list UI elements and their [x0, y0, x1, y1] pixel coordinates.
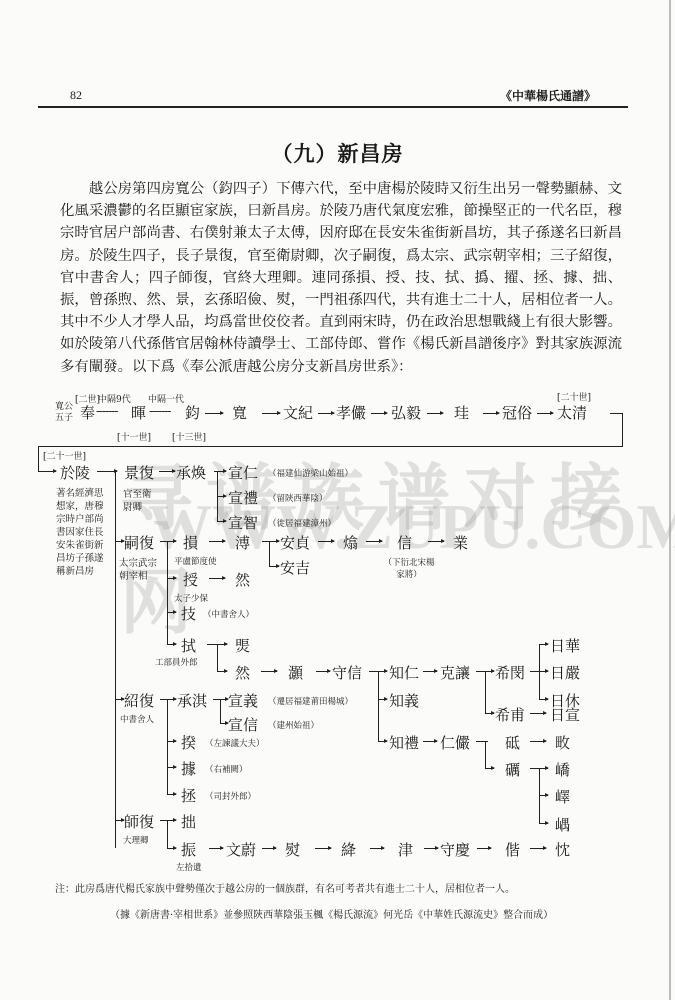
person-hao: 灝	[288, 662, 303, 683]
dashed-link-2: -------	[149, 404, 170, 418]
person-shaofu: 紹復	[124, 690, 154, 711]
person-ju: 據	[181, 758, 196, 779]
connector	[167, 699, 168, 794]
person-sifu: 嗣復	[124, 532, 154, 553]
section-title: （九）新昌房	[0, 138, 675, 168]
person-taiqing: 太清	[557, 402, 587, 423]
arrow	[477, 848, 491, 849]
arrow	[539, 795, 548, 796]
shifu-note: 大理卿	[123, 834, 149, 846]
arrow	[423, 741, 437, 742]
xuanli-note: （留陝西華陰）	[268, 492, 328, 504]
arrow	[378, 671, 387, 672]
person-zhili: 知禮	[389, 732, 419, 753]
person-xiaoyan: 孝儼	[336, 402, 366, 423]
arrow	[220, 723, 228, 724]
arrow	[167, 578, 176, 579]
page-number: 82	[70, 88, 82, 103]
gen-label-21: [二十一世]	[43, 449, 86, 462]
arrow	[537, 413, 553, 414]
arrow	[316, 671, 330, 672]
arrow	[530, 713, 546, 714]
person-ran-2: 然	[235, 662, 250, 683]
person-ximin: 希閔	[495, 662, 525, 683]
person-rihua: 日華	[550, 635, 580, 656]
arrow	[167, 794, 176, 795]
person-li: 礪	[505, 759, 520, 780]
arrow	[378, 699, 387, 700]
ju-note: （右補闕）	[205, 763, 248, 775]
arrow	[217, 521, 226, 522]
zhen-note: 左拾遺	[176, 861, 202, 873]
person-pu: 溥	[235, 532, 250, 553]
arrow	[217, 671, 227, 672]
arrow	[205, 413, 223, 414]
arrow	[167, 767, 176, 768]
person-jiong: 煚	[235, 635, 250, 656]
xin-note: （下衍北宋楊家將）	[383, 557, 435, 581]
arrow	[167, 541, 176, 542]
person-yu: 嵎	[555, 814, 570, 835]
arrow	[366, 541, 382, 542]
arrow	[315, 848, 331, 849]
connector	[622, 413, 623, 446]
arrow	[423, 671, 437, 672]
zheng-note: （司封外郎）	[205, 790, 256, 802]
person-kui: 揆	[181, 732, 196, 753]
arrow	[115, 541, 124, 542]
person-zhuo: 拙	[181, 811, 196, 832]
person-shifu: 師復	[124, 811, 154, 832]
arrow	[209, 848, 223, 849]
person-xin: 信	[397, 532, 412, 553]
person-shi: 拭	[181, 635, 196, 656]
arrow	[167, 848, 176, 849]
connector	[476, 741, 488, 742]
arrow	[220, 699, 228, 700]
person-yue: 熻	[343, 532, 358, 553]
person-jiang: 絳	[341, 839, 356, 860]
person-kuan: 寬	[232, 402, 247, 423]
trunk-line	[115, 471, 116, 848]
person-chenghuan: 承煥	[176, 462, 206, 483]
arrow	[427, 413, 443, 414]
person-zhiren: 知仁	[389, 662, 419, 683]
person-xuanzhi: 宣智	[228, 512, 258, 533]
person-xifu: 希甫	[495, 704, 525, 725]
shaofu-note: 中書舍人	[120, 713, 154, 725]
person-hui: 暉	[131, 402, 146, 423]
arrow	[167, 612, 176, 613]
arrow	[261, 671, 277, 672]
arrow	[428, 541, 444, 542]
xuanyi-note: （遷居福建莆田楊城）	[268, 695, 353, 707]
connector	[38, 446, 39, 472]
connector	[269, 541, 270, 566]
person-xuanli: 宣禮	[228, 487, 258, 508]
person-renyan: 仁儼	[440, 732, 470, 753]
connector	[167, 820, 168, 848]
person-wenji: 文紀	[283, 402, 313, 423]
arrow	[378, 741, 387, 742]
person-jingfu: 景復	[124, 462, 154, 483]
person-anzhen: 安貞	[280, 532, 310, 553]
person-shou: 授	[183, 569, 198, 590]
arrow	[371, 413, 387, 414]
arrow	[262, 848, 276, 849]
person-chengqi: 承淇	[177, 690, 207, 711]
arrow	[539, 671, 548, 672]
person-zhen: 振	[181, 839, 196, 860]
arrow	[167, 820, 176, 821]
arrow	[485, 713, 494, 714]
arrow	[217, 496, 226, 497]
ji-note: （中書舍人）	[203, 608, 254, 620]
person-yuling: 於陵	[60, 462, 90, 483]
xuanxin-note: （建州始祖）	[268, 719, 319, 731]
arrow	[539, 768, 548, 769]
arrow	[209, 578, 225, 579]
arrow	[97, 471, 117, 472]
jingfu-note: 官至衛尉卿	[123, 488, 159, 514]
person-di: 砥	[505, 732, 520, 753]
person-zheng: 拯	[181, 785, 196, 806]
person-riyan: 日嚴	[550, 662, 580, 683]
connector	[378, 671, 379, 741]
person-yun: 熨	[285, 839, 300, 860]
sifu-note: 太宗武宗朝宰相	[119, 557, 165, 583]
arrow	[539, 644, 548, 645]
person-wenwei: 文蔚	[226, 839, 256, 860]
arrow	[217, 471, 226, 472]
kui-note: （左諫議大夫）	[205, 737, 265, 749]
person-kerang: 克讓	[440, 662, 470, 683]
person-guansu: 冠俗	[502, 402, 532, 423]
person-gui: 珪	[454, 402, 469, 423]
origin-note: 寬公五子	[55, 402, 77, 424]
arrow	[539, 699, 548, 700]
connector	[485, 741, 486, 768]
xuanren-note: （福建仙游梁山始祖）	[268, 467, 353, 479]
person-shouqing: 守慶	[440, 839, 470, 860]
person-ji: 技	[181, 603, 196, 624]
arrow	[318, 413, 334, 414]
person-xuanxin: 宣信	[228, 714, 258, 735]
arrow	[269, 541, 279, 542]
connector	[220, 699, 221, 723]
arrow	[318, 541, 334, 542]
person-jun: 鈞	[185, 402, 200, 423]
arrow	[539, 823, 548, 824]
header-rule	[38, 106, 628, 108]
arrow	[485, 671, 494, 672]
person-hongyi: 弘毅	[391, 402, 421, 423]
arrow	[530, 741, 546, 742]
intro-paragraph: 越公房第四房寬公（鈞四子）下傳六代，至中唐楊於陵時又衍生出另一聲勢顯赫、文化風采…	[60, 178, 622, 378]
connector	[167, 541, 168, 645]
arrow	[209, 541, 225, 542]
paragraph-text: 越公房第四房寬公（鈞四子）下傳六代，至中唐楊於陵時又衍生出另一聲勢顯赫、文化風采…	[60, 178, 622, 378]
person-xie: 偕	[505, 839, 520, 860]
person-sun: 損	[183, 532, 198, 553]
yuling-note: 著名經濟思想家，唐穆宗時户部尚書因家住長安朱雀街新昌坊子孫遂稱新昌房	[56, 487, 106, 578]
arrow	[217, 644, 227, 645]
arrow	[485, 768, 494, 769]
person-xuanren: 宣仁	[228, 462, 258, 483]
arrow	[424, 848, 438, 849]
sun-note: 平盧節度使	[174, 555, 217, 567]
connector	[217, 644, 218, 671]
connector	[38, 446, 623, 447]
person-zhiyi: 知義	[389, 690, 419, 711]
arrow	[159, 471, 175, 472]
arrow	[530, 848, 546, 849]
person-mu: 畋	[555, 732, 570, 753]
arrow	[167, 644, 176, 645]
person-xuanyi: 宣義	[228, 690, 258, 711]
person-ye: 業	[453, 532, 468, 553]
person-jin: 津	[398, 839, 413, 860]
arrow	[167, 741, 176, 742]
arrow	[115, 699, 124, 700]
person-yi: 嶧	[555, 786, 570, 807]
person-qiao: 嶠	[555, 759, 570, 780]
arrow	[370, 848, 384, 849]
arrow	[115, 820, 124, 821]
person-chen: 忱	[555, 839, 570, 860]
arrow	[167, 699, 176, 700]
source-citation: （據《新唐書·宰相世系》並參照陝西華陰張玉楓《楊氏源流》何光岳《中華姓氏源流史》…	[110, 906, 553, 921]
arrow	[483, 413, 499, 414]
arrow	[269, 566, 279, 567]
person-shouxin: 守信	[332, 662, 362, 683]
dashed-link-1: -------	[96, 404, 117, 418]
footnote: 注：此房爲唐代楊氏家族中聲勢僅次于越公房的一個族群，有名可考者共有進士二十人，居…	[55, 880, 515, 895]
person-anji: 安吉	[280, 557, 310, 578]
person-feng: 奉	[80, 402, 95, 423]
person-rixuan: 日宣	[550, 704, 580, 725]
running-title: 《中華楊氏通譜》	[500, 87, 596, 104]
shi-note: 工部員外郎	[155, 656, 198, 668]
arrow	[38, 471, 56, 472]
gen-label-11: [十一世]	[117, 430, 151, 443]
connector	[485, 671, 486, 713]
arrow	[262, 413, 280, 414]
person-ran: 然	[235, 569, 250, 590]
gen-label-13: [十三世]	[172, 430, 206, 443]
xuanzhi-note: （徙居福建漳州）	[268, 517, 336, 529]
